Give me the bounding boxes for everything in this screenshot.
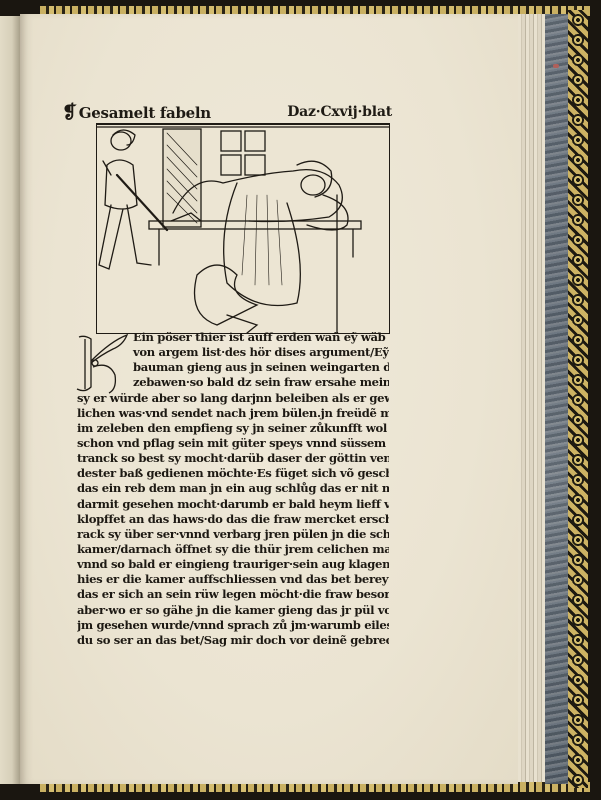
text-line: zebawen·so bald dz sein fraw ersahe mein… (77, 375, 389, 390)
text-line: von argem list·des hör dises argument/Eỹ (77, 345, 389, 360)
text-line: tranck so best sy mocht·darüb daser der … (77, 451, 389, 466)
text-line: das er sich an sein rüw legen möcht·die … (77, 587, 389, 602)
text-line: rack sy über ser·vnnd verbarg jren pülen… (77, 527, 389, 542)
page-fore-edge (518, 14, 545, 782)
gilt-border-right (568, 10, 588, 788)
text-line: dester baß gedienen möchte·Es füget sich… (77, 466, 389, 481)
text-line: darmit gesehen mocht·darumb er bald heym… (77, 497, 389, 512)
running-head-title: Gesamelt fabeln (79, 104, 211, 122)
text-line: jm gesehen wurde/vnnd sprach zů jm·warum… (77, 618, 389, 633)
text-line: lichen was·vnd sendet nach jrem bülen.jn… (77, 406, 389, 421)
text-line: Ein pöser thier ist auff erden wañ eỹ wä… (77, 330, 389, 345)
book-scan: ❡Gesamelt fabeln Daz·Cxvij·blat (0, 0, 601, 800)
text-line: du so ser an das bet/Sag mir doch vor de… (77, 633, 389, 648)
text-line: vnnd so bald er eingieng trauriger·sein … (77, 557, 389, 572)
text-line: kamer/darnach öffnet sy die thür jrem ce… (77, 542, 389, 557)
left-page-edge (0, 16, 20, 784)
marbled-endpaper (545, 14, 568, 784)
text-line: im zeleben den empfieng sy jn seiner zůk… (77, 421, 389, 436)
woodcut-drawing (97, 125, 389, 333)
folio-number: Daz·Cxvij·blat (287, 104, 392, 120)
text-line: das ein reb dem man jn ein aug schlůg da… (77, 481, 389, 496)
text-line: sy er würde aber so lang darjnn beleiben… (77, 391, 389, 406)
text-line: schon vnd pflag sein mit güter speys vnn… (77, 436, 389, 451)
text-line: hies er die kamer auffschliessen vnd das… (77, 572, 389, 587)
text-line: klopffet an das haws·do das die fraw mer… (77, 512, 389, 527)
pilcrow-icon: ❡ (62, 102, 77, 123)
body-text: Ein pöser thier ist auff erden wañ eỹ wä… (77, 330, 389, 648)
text-line: aber·wo er so gähe jn die kamer gieng da… (77, 603, 389, 618)
text-line: bauman gieng aus jn seinen weingarten dẽ (77, 360, 389, 375)
running-head-left: ❡Gesamelt fabeln (62, 102, 211, 123)
marble-fleck (553, 64, 559, 68)
woodcut-illustration (96, 123, 390, 334)
